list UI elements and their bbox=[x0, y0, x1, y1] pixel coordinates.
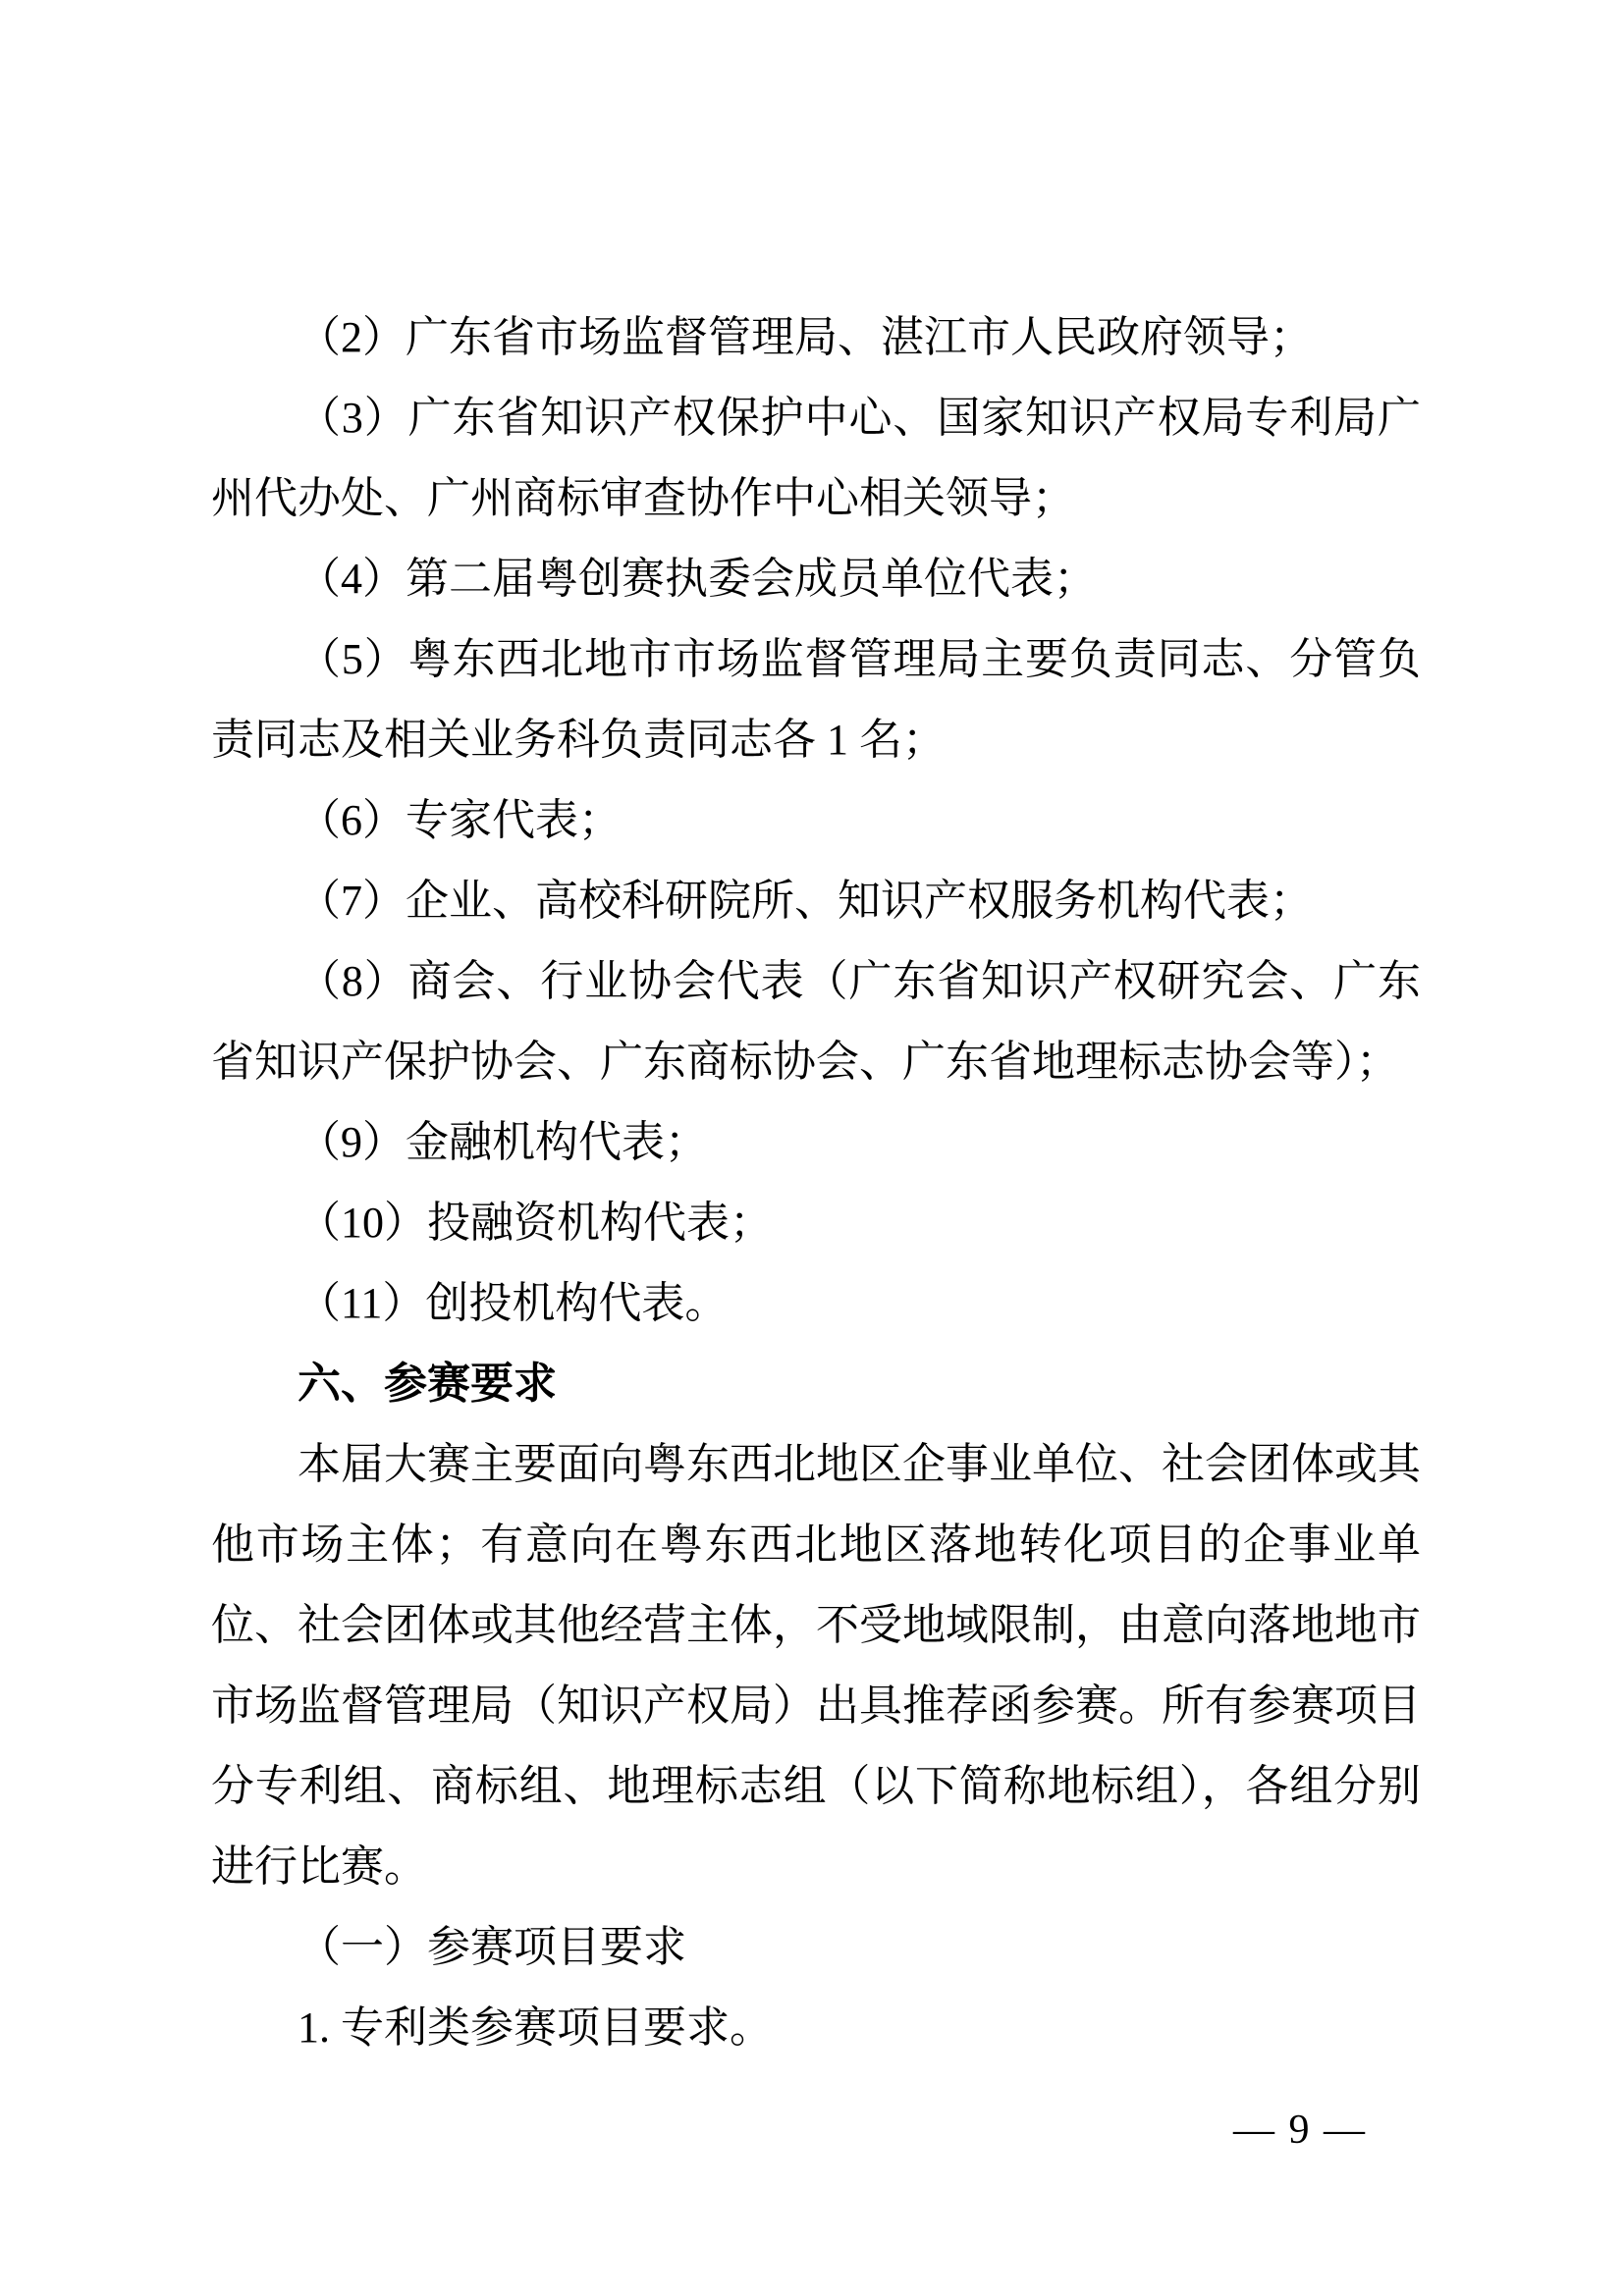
section-heading: 六、参赛要求 bbox=[211, 1344, 1421, 1424]
list-item: （4）第二届粤创赛执委会成员单位代表； bbox=[211, 539, 1421, 619]
list-item: （10）投融资机构代表； bbox=[211, 1183, 1421, 1263]
paragraph: 本届大赛主要面向粤东西北地区企事业单位、社会团体或其他市场主体；有意向在粤东西北… bbox=[211, 1424, 1421, 1907]
list-item: （9）金融机构代表； bbox=[211, 1102, 1421, 1183]
document-page: （2）广东省市场监督管理局、湛江市人民政府领导；（3）广东省知识产权保护中心、国… bbox=[0, 0, 1624, 2296]
page-number: — 9 — bbox=[1233, 2107, 1367, 2154]
sub-heading: （一）参赛项目要求 bbox=[211, 1907, 1421, 1988]
list-item: （7）企业、高校科研院所、知识产权服务机构代表； bbox=[211, 861, 1421, 941]
list-item: （5）粤东西北地市市场监督管理局主要负责同志、分管负责同志及相关业务科负责同志各… bbox=[211, 619, 1421, 780]
list-item: （3）广东省知识产权保护中心、国家知识产权局专利局广州代办处、广州商标审查协作中… bbox=[211, 378, 1421, 539]
list-item: （6）专家代表； bbox=[211, 780, 1421, 861]
list-item: （8）商会、行业协会代表（广东省知识产权研究会、广东省知识产保护协会、广东商标协… bbox=[211, 941, 1421, 1102]
list-item: （2）广东省市场监督管理局、湛江市人民政府领导； bbox=[211, 297, 1421, 378]
numbered-item: 1. 专利类参赛项目要求。 bbox=[211, 1988, 1421, 2068]
list-item: （11）创投机构代表。 bbox=[211, 1263, 1421, 1344]
document-body: （2）广东省市场监督管理局、湛江市人民政府领导；（3）广东省知识产权保护中心、国… bbox=[211, 297, 1421, 2068]
